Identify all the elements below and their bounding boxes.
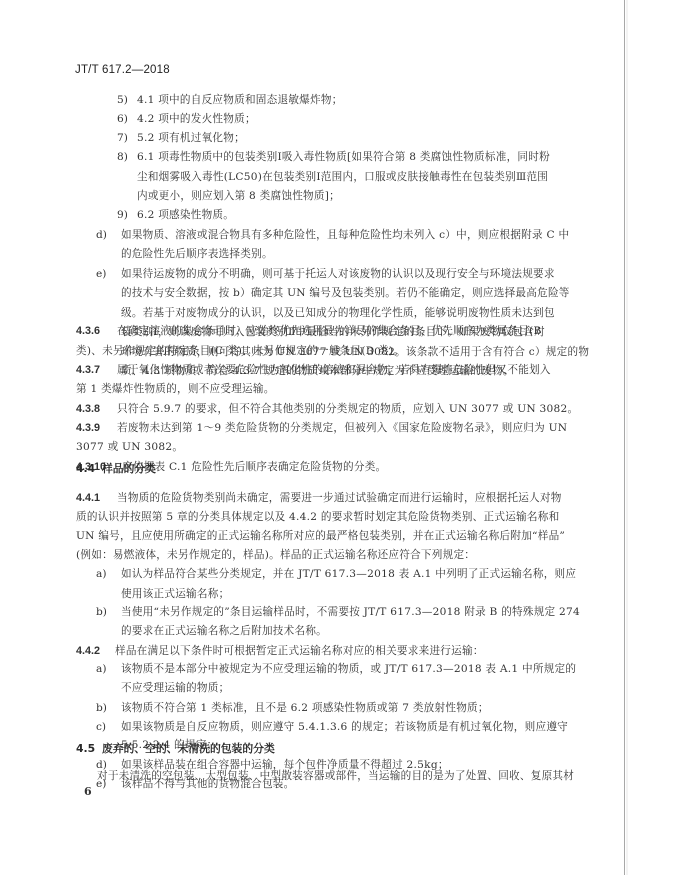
item-label: 7) — [117, 131, 128, 145]
clause-text: 只符合 5.9.7 的要求，但不符合其他类别的分类规定的物质，应划入 UN 30… — [117, 402, 578, 416]
clause-number: 4.3.7 — [76, 363, 100, 377]
item-label: 6) — [117, 112, 128, 126]
clause-text: 若废物未达到第 1～9 类危险货物的分类规定，但被列入《国家危险废物名录》，则应… — [117, 421, 567, 435]
item-label: d) — [96, 228, 107, 242]
clause-number: 4.3.6 — [76, 324, 100, 338]
item-label: e) — [96, 267, 106, 281]
item-label: a) — [96, 662, 106, 676]
clause-text: (例如：易燃液体，未另作规定的，样品)。样品的正式运输名称还应符合下列规定： — [76, 548, 475, 562]
clause-text: 第 1 类爆炸性物质的，则不应受理运输。 — [76, 382, 275, 396]
item-text: 该物质不符合第 1 类标准，且不是 6.2 项感染性物质或第 7 类放射性物质； — [121, 701, 489, 715]
section-title: 废弃的、空的、未清洗的包装的分类 — [102, 742, 275, 756]
item-text: 如果待运废物的成分不明确，则可基于托运人对该废物的认识以及现行安全与环境法规要求 — [121, 267, 555, 281]
item-text: 不应受理运输的物质； — [121, 681, 229, 695]
item-text: 如果物质、溶液或混合物具有多种危险性，且每种危险性均未列入 c）中，则应根据附录… — [121, 228, 569, 242]
paragraph-text: 对于未清洗的空包装、大型包装、中型散装容器或部件，当运输的目的是为了处置、回收、… — [97, 769, 574, 783]
item-text: 如认为样品符合某些分类规定，并在 JT/T 617.3—2018 表 A.1 中… — [121, 567, 576, 581]
clause-text: 样品在满足以下条件时可根据暂定正式运输名称对应的相关要求来进行运输： — [115, 644, 484, 658]
clause-text: 类)、未另作规定的特定条目(C 类)、未另作规定的一般条目(D 类)。 — [76, 344, 404, 358]
clause-number: 4.4.1 — [76, 491, 100, 505]
clause-text: 质的认识并按照第 5 章的分类具体规定以及 4.4.2 的要求暂时划定其危险货物… — [76, 510, 559, 524]
item-text: 5.2 项有机过氧化物； — [137, 131, 245, 145]
item-label: c) — [96, 720, 106, 734]
item-label: b) — [96, 701, 107, 715]
page-edge-line — [624, 0, 625, 875]
item-label: 9) — [117, 208, 128, 222]
item-label: 8) — [117, 150, 128, 164]
item-text: 尘和烟雾吸入毒性(LC50)在包装类别Ⅰ范围内，口服或皮肤接触毒性在包装类别Ⅲ范… — [137, 170, 548, 184]
item-text: 的危险性先后顺序表选择类别。 — [121, 247, 273, 261]
section-number: 4.5 — [76, 742, 95, 756]
clause-text: 在确定溶液的集合条目时，应始终优先选用最为详尽的集合条目，优先顺序为类属条目(B — [117, 324, 541, 338]
clause-text: 3077 或 UN 3082。 — [76, 440, 183, 454]
item-text: 当使用“未另作规定的”条目运输样品时，不需要按 JT/T 617.3—2018 … — [121, 605, 580, 619]
item-text: 的要求在正式运输名称之后附加技术名称。 — [121, 624, 327, 638]
item-text: 6.2 项感染性物质。 — [137, 208, 234, 222]
item-text: 内或更小，则应划入第 8 类腐蚀性物质]； — [137, 189, 340, 203]
clause-text: 应依据表 C.1 危险性先后顺序表确定危险货物的分类。 — [122, 460, 386, 474]
item-label: b) — [96, 605, 107, 619]
clause-number: 4.3.8 — [76, 402, 100, 416]
document-code-header: JT/T 617.2—2018 — [75, 64, 170, 76]
section-title: 样品的分类 — [102, 462, 156, 476]
clause-number: 4.3.9 — [76, 421, 100, 435]
item-text: 的技术与安全数据，按 b）确定其 UN 编号及包装类别。若仍不能确定，则应选择最… — [121, 286, 570, 300]
clause-number: 4.4.2 — [76, 644, 100, 658]
page-number: 6 — [84, 785, 92, 798]
item-label: a) — [96, 567, 106, 581]
clause-text: 属于氧化性物质或者次要危险性为氧化性的溶液和混合物，若具有爆炸危险性但又不能划入 — [117, 363, 551, 377]
section-number: 4.4 — [76, 462, 95, 476]
item-text: 使用该正式运输名称； — [121, 587, 229, 601]
item-text: 4.1 项中的自反应物质和固态退敏爆炸物； — [137, 93, 343, 107]
item-text: 该物质不是本部分中被规定为不应受理运输的物质，或 JT/T 617.3—2018… — [121, 662, 576, 676]
clause-text: UN 编号，且应使用所确定的正式运输名称所对应的最严格包装类别，并在正式运输名称… — [76, 529, 565, 543]
item-text: 6.1 项毒性物质中的包装类别Ⅰ吸入毒性物质[如果符合第 8 类腐蚀性物质标准，… — [137, 150, 550, 164]
item-text: 级。若基于对废物成分的认识，以及已知成分的物理化学性质，能够说明废物性质未达到包 — [121, 306, 555, 320]
item-label: 5) — [117, 93, 128, 107]
page-edge-shadow — [626, 0, 628, 875]
item-text: 如果该物质是自反应物质，则应遵守 5.4.1.3.6 的规定；若该物质是有机过氧… — [121, 720, 568, 734]
item-text: 4.2 项中的发火性物质； — [137, 112, 256, 126]
clause-text: 当物质的危险货物类别尚未确定，需要进一步通过试验确定而进行运输时，应根据托运人对… — [117, 491, 562, 505]
